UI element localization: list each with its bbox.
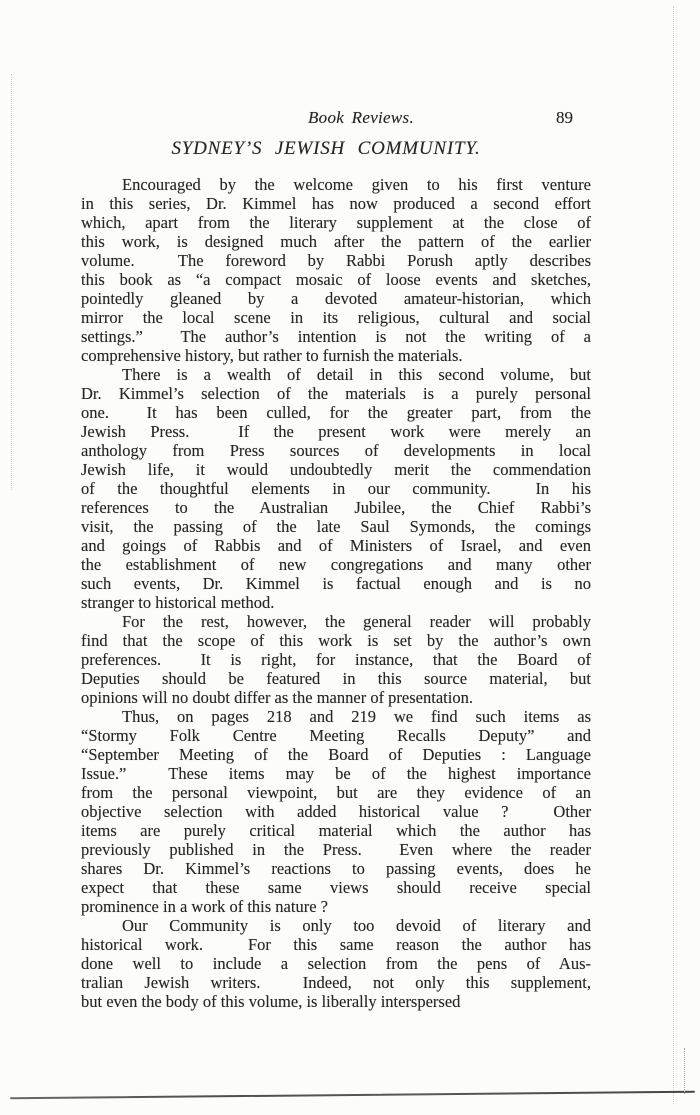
text-line: opinions will no doubt differ as the man… <box>81 688 591 707</box>
scan-edge-line-right <box>673 6 674 1104</box>
text-line: historical work. For this same reason th… <box>81 935 591 954</box>
text-line: Our Community is only too devoid of lite… <box>81 916 591 935</box>
text-line: pointedly gleaned by a devoted amateur-h… <box>81 289 591 308</box>
text-line: visit, the passing of the late Saul Symo… <box>81 517 591 536</box>
text-line: “Stormy Folk Centre Meeting Recalls Depu… <box>81 726 591 745</box>
text-line: Deputies should be featured in this sour… <box>81 669 591 688</box>
text-line: the establishment of new congregations a… <box>81 555 591 574</box>
scan-bottom-rule <box>10 1091 695 1099</box>
text-line: For the rest, however, the general reade… <box>81 612 591 631</box>
text-line: in this series, Dr. Kimmel has now produ… <box>81 194 591 213</box>
text-line: such events, Dr. Kimmel is factual enoug… <box>81 574 591 593</box>
text-line: objective selection with added historica… <box>81 802 591 821</box>
text-line: items are purely critical material which… <box>81 821 591 840</box>
text-line: of the thoughtful elements in our commun… <box>81 479 591 498</box>
scanned-book-page: Book Reviews. 89 SYDNEY’S JEWISH COMMUNI… <box>0 0 700 1115</box>
text-line: There is a wealth of detail in this seco… <box>81 365 591 384</box>
text-line: expect that these same views should rece… <box>81 878 591 897</box>
text-line: previously published in the Press. Even … <box>81 840 591 859</box>
scan-edge-line-left <box>11 74 12 490</box>
text-line: and goings of Rabbis and of Ministers of… <box>81 536 591 555</box>
running-title: Book Reviews. <box>308 108 414 127</box>
text-line: Encouraged by the welcome given to his f… <box>81 175 591 194</box>
text-line: references to the Australian Jubilee, th… <box>81 498 591 517</box>
text-line: this book as “a compact mosaic of loose … <box>81 270 591 289</box>
text-line: Issue.” These items may be of the highes… <box>81 764 591 783</box>
text-line: mirror the local scene in its religious,… <box>81 308 591 327</box>
text-line: find that the scope of this work is set … <box>81 631 591 650</box>
text-line: comprehensive history, but rather to fur… <box>81 346 591 365</box>
paragraph: For the rest, however, the general reade… <box>81 612 591 707</box>
text-line: prominence in a work of this nature ? <box>81 897 591 916</box>
text-line: but even the body of this volume, is lib… <box>81 992 591 1011</box>
text-line: which, apart from the literary supplemen… <box>81 213 591 232</box>
paragraph: Encouraged by the welcome given to his f… <box>81 175 591 365</box>
text-line: from the personal viewpoint, but are the… <box>81 783 591 802</box>
text-line: volume. The foreword by Rabbi Porush apt… <box>81 251 591 270</box>
text-line: Jewish Press. If the present work were m… <box>81 422 591 441</box>
text-line: done well to include a selection from th… <box>81 954 591 973</box>
page-header: Book Reviews. 89 <box>81 106 591 130</box>
text-line: Thus, on pages 218 and 219 we find such … <box>81 707 591 726</box>
text-line: shares Dr. Kimmel’s reactions to passing… <box>81 859 591 878</box>
text-line: settings.” The author’s intention is not… <box>81 327 591 346</box>
text-line: Jewish life, it would undoubtedly merit … <box>81 460 591 479</box>
page-number: 89 <box>556 106 573 130</box>
article-title: SYDNEY’S JEWISH COMMUNITY. <box>71 138 581 160</box>
text-column: Book Reviews. 89 SYDNEY’S JEWISH COMMUNI… <box>81 106 591 1011</box>
text-line: “September Meeting of the Board of Deput… <box>81 745 591 764</box>
text-line: preferences. It is right, for instance, … <box>81 650 591 669</box>
text-line: this work, is designed much after the pa… <box>81 232 591 251</box>
body-text: Encouraged by the welcome given to his f… <box>81 175 591 1011</box>
text-line: anthology from Press sources of developm… <box>81 441 591 460</box>
paragraph: Thus, on pages 218 and 219 we find such … <box>81 707 591 916</box>
paragraph: Our Community is only too devoid of lite… <box>81 916 591 1011</box>
paragraph: There is a wealth of detail in this seco… <box>81 365 591 612</box>
text-line: tralian Jewish writers. Indeed, not only… <box>81 973 591 992</box>
scan-bottom-tick <box>684 1048 685 1094</box>
text-line: stranger to historical method. <box>81 593 591 612</box>
text-line: Dr. Kimmel’s selection of the materials … <box>81 384 591 403</box>
text-line: one. It has been culled, for the greater… <box>81 403 591 422</box>
